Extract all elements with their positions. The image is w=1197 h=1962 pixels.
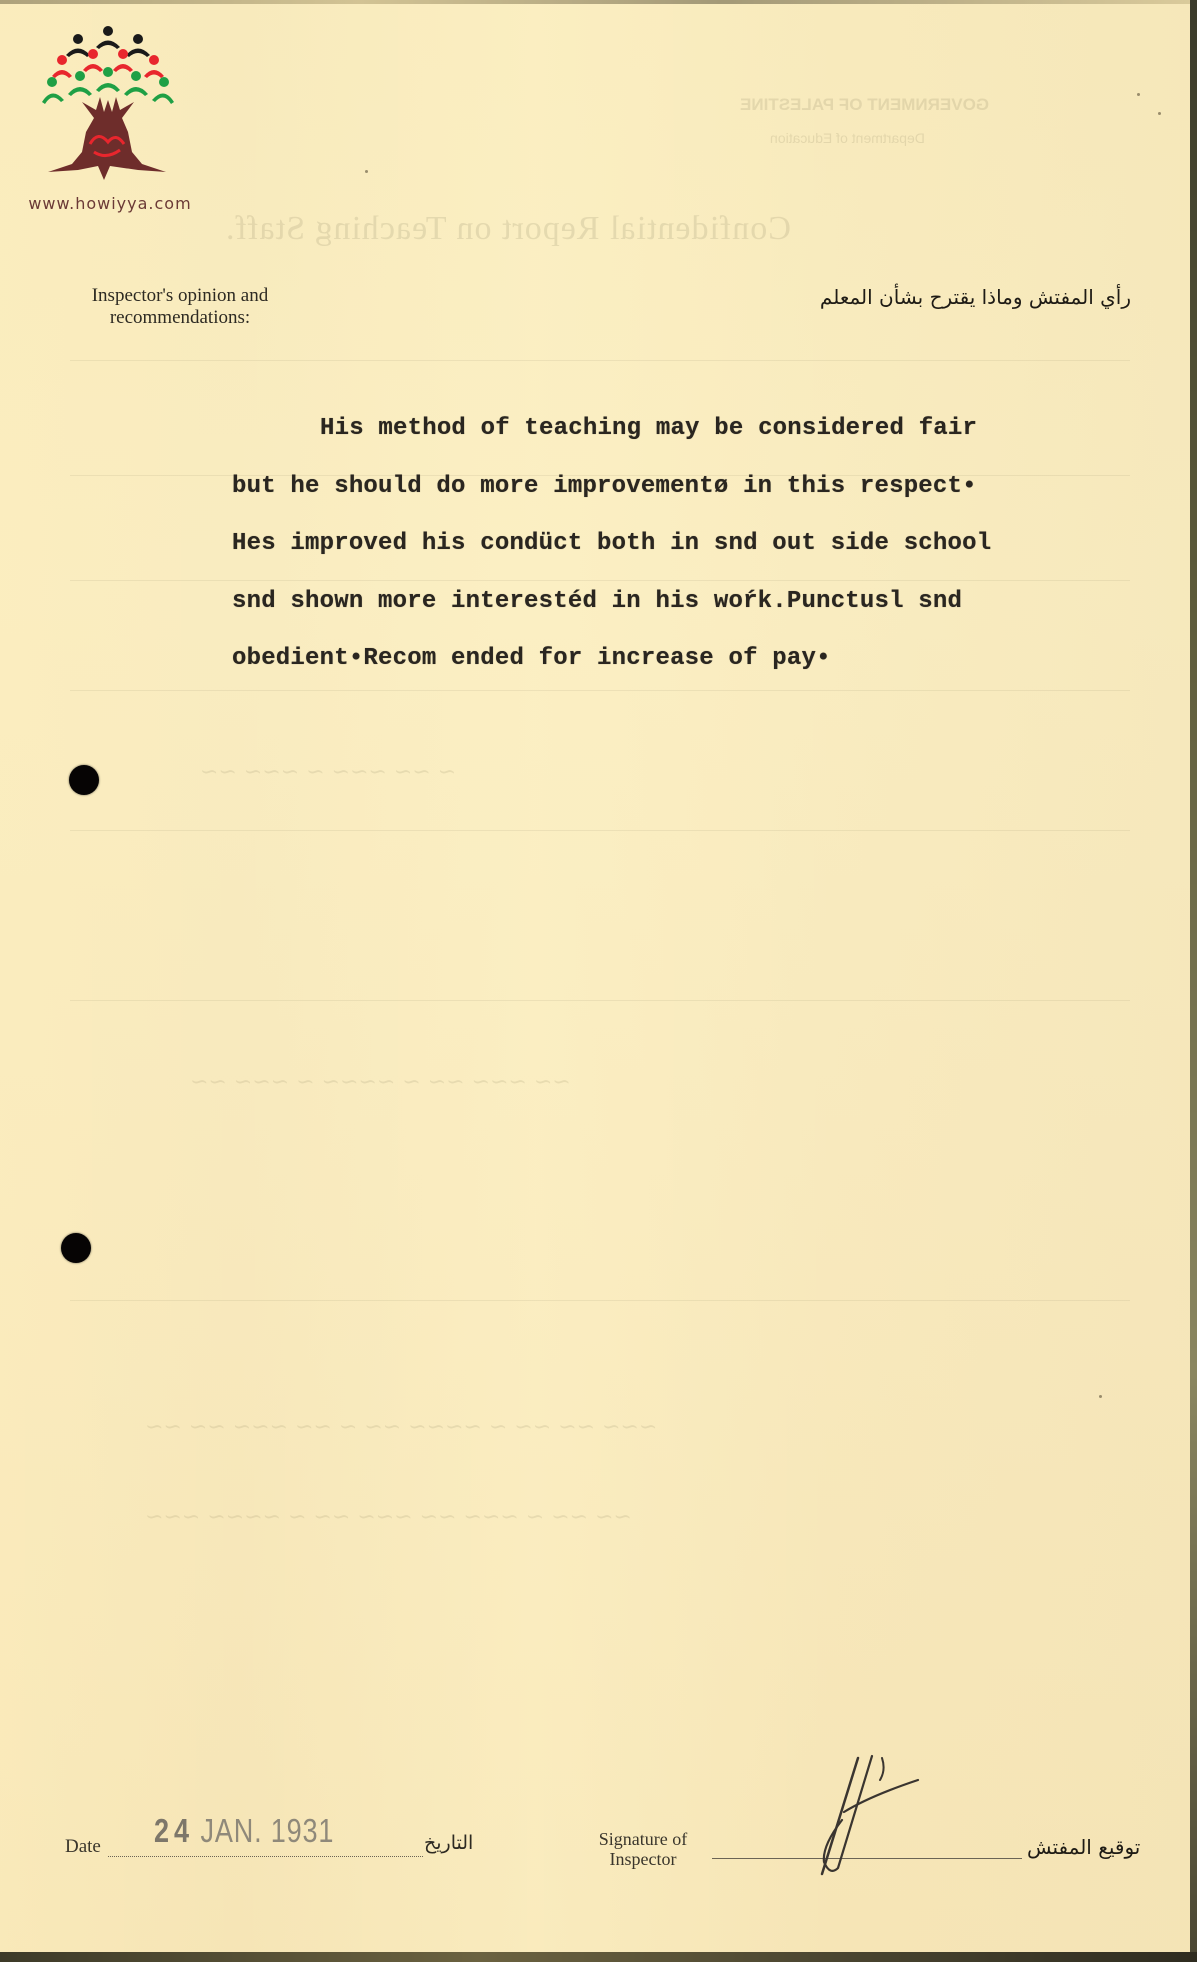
paper-speck [365, 170, 368, 173]
bleed-through-rule [70, 1000, 1130, 1001]
report-line: His method of teaching may be considered… [232, 400, 1052, 458]
paper-speck [1158, 112, 1161, 115]
inspector-opinion-label: Inspector's opinion and recommendations: [55, 285, 305, 329]
bleed-through-rule [70, 830, 1130, 831]
report-line: but he should do more improvementø in th… [232, 458, 1052, 516]
scan-bottom-edge [0, 1952, 1197, 1962]
bleed-through-rule [70, 1300, 1130, 1301]
scan-top-edge [0, 0, 1197, 4]
signature-label: Signature of Inspector [578, 1829, 708, 1869]
report-line: obedient•Recom ended for increase of pay… [232, 630, 1052, 688]
watermark-url: www.howiyya.com [20, 194, 200, 213]
bleed-through-rule [70, 690, 1130, 691]
tree-of-people-icon [38, 22, 178, 187]
typed-report: His method of teaching may be considered… [232, 400, 1052, 688]
date-label-arabic: التاريخ [424, 1832, 473, 1854]
scan-right-edge [1190, 0, 1197, 1962]
date-label: Date [65, 1836, 101, 1858]
paper-speck [1137, 93, 1140, 96]
date-line [108, 1856, 423, 1857]
punch-hole [69, 765, 99, 795]
howiyya-logo: www.howiyya.com [20, 22, 200, 217]
inspector-signature [800, 1750, 940, 1885]
punch-hole [61, 1233, 91, 1263]
inspector-opinion-label-arabic: رأي المفتش وماذا يقترح بشأن المعلم [820, 285, 1131, 309]
report-line: Hes improved his condüct both in snd out… [232, 515, 1052, 573]
signature-label-arabic: توقيع المفتش [1027, 1835, 1140, 1859]
paper-speck [1099, 1395, 1102, 1398]
date-stamp: 24JAN. 1931 [154, 1812, 334, 1850]
report-line: snd shown more interestéd in his woŕk.Pu… [232, 573, 1052, 631]
bleed-through-rule [70, 360, 1130, 361]
handwritten-signature-icon [800, 1750, 940, 1880]
